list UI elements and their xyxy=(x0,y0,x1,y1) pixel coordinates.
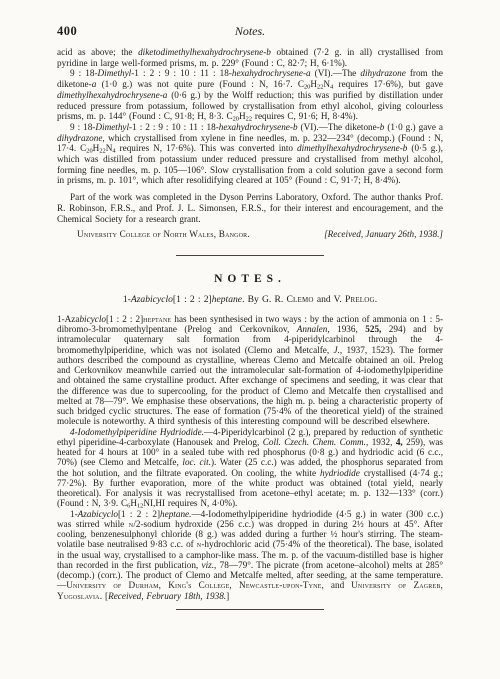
running-header: 400 Notes. xyxy=(57,24,443,39)
compound-b-paragraph: 9 : 18-Dimethyl-1 : 2 : 9 : 10 : 11 : 18… xyxy=(57,122,443,186)
synthesis-paragraph: 1-Azabicyclo[1 : 2 : 2]heptane has been … xyxy=(57,314,443,427)
bottom-divider xyxy=(176,609,324,610)
article-title-and-byline: 1-Azabicyclo[1 : 2 : 2]heptane. By G. R.… xyxy=(57,294,443,305)
journal-page: 400 Notes. acid as above; the diketodime… xyxy=(0,0,500,679)
azabicycloheptane-paragraph: 1-Azabicyclo[1 : 2 : 2]heptane.—4-Iodome… xyxy=(57,509,443,601)
section-divider xyxy=(176,255,324,256)
compound-a-paragraph: 9 : 18-Dimethyl-1 : 2 : 9 : 10 : 11 : 18… xyxy=(57,68,443,122)
acknowledgement-paragraph: Part of the work was completed in the Dy… xyxy=(57,192,443,224)
received-date: [Received, January 26th, 1938.] xyxy=(324,229,443,240)
affiliation: University College of North Wales, Bango… xyxy=(77,229,250,240)
affiliation-row: University College of North Wales, Bango… xyxy=(57,229,443,240)
continuation-paragraph: acid as above; the diketodimethylhexahyd… xyxy=(57,47,443,68)
hydriodide-paragraph: 4-Iodomethylpiperidine Hydriodide.—4-Pip… xyxy=(57,427,443,509)
running-title: Notes. xyxy=(235,24,265,39)
notes-section-heading: NOTES. xyxy=(57,273,443,285)
page-number: 400 xyxy=(57,24,235,39)
